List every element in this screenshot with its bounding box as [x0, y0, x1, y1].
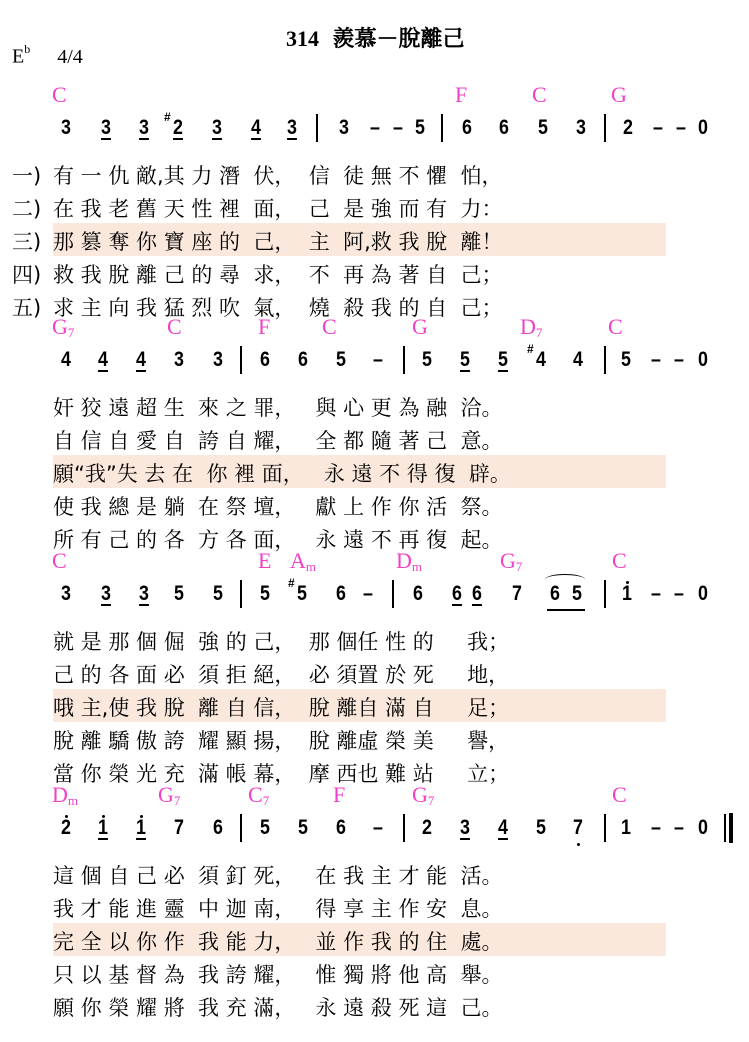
note: 3: [137, 582, 151, 606]
note: 3: [210, 116, 224, 140]
chord-root: G: [52, 314, 68, 339]
note: 4: [249, 116, 263, 140]
chord-symbol: C: [532, 82, 547, 108]
chord-root: C: [52, 548, 67, 573]
note: 5: [496, 348, 510, 372]
chord-root: C: [612, 548, 627, 573]
time-signature: 4/4: [57, 46, 83, 68]
note: 2: [621, 116, 635, 140]
lyric-line: 當 你 榮 光 充 滿 帳 幕， 摩 西也 難 站 立；: [53, 758, 509, 788]
note: 5: [536, 116, 550, 140]
bar-line: [316, 114, 318, 142]
lyric-line: 脫 離 驕 傲 誇 耀 顯 揚， 脫 離虛 榮 美 譽，: [53, 725, 509, 755]
key-signature: Eb 4/4: [12, 44, 83, 69]
chord-root: C: [532, 82, 547, 107]
note: 0: [696, 348, 710, 372]
note: 1: [134, 816, 148, 840]
lyric-line: 完 全 以 你 作 我 能 力， 並 作 我 的 住 處。: [53, 926, 502, 956]
chord-root: F: [455, 82, 467, 107]
sharp-sign: #: [164, 110, 171, 124]
lyric-line: 使 我 總 是 躺 在 祭 壇， 獻 上 作 你 活 祭。: [53, 491, 502, 521]
chord-symbol: G: [611, 82, 627, 108]
chord-root: E: [258, 548, 271, 573]
chord-quality: 7: [536, 325, 543, 340]
chord-symbol: C: [322, 314, 337, 340]
bar-line: [403, 814, 405, 842]
note: 5: [570, 582, 584, 606]
note: 5: [619, 348, 633, 372]
lyric-line: 所 有 己 的 各 方 各 面， 永 遠 不 再 復 起。: [53, 524, 502, 554]
note: 4: [496, 816, 510, 840]
note: 5: [413, 116, 427, 140]
chord-root: A: [290, 548, 306, 573]
note: 6: [258, 348, 272, 372]
note: –: [649, 582, 663, 606]
beam-underline: [547, 609, 585, 611]
note: 1: [620, 582, 634, 606]
key-letter: E: [12, 46, 24, 68]
note: –: [371, 348, 385, 372]
note: 2: [171, 116, 185, 140]
note: 6: [334, 582, 348, 606]
octave-dot-above: [140, 815, 143, 818]
note: 0: [696, 582, 710, 606]
chord-quality: 7: [516, 559, 523, 574]
chord-root: G: [412, 782, 428, 807]
chord-root: C: [612, 782, 627, 807]
verse-number: 四): [12, 259, 41, 289]
chord-symbol: C: [612, 548, 627, 574]
chord-symbol: F: [455, 82, 467, 108]
chord-root: C: [248, 782, 263, 807]
note: 3: [99, 116, 113, 140]
final-bar-thin: [724, 814, 726, 842]
note: 6: [411, 582, 425, 606]
note: 3: [59, 116, 73, 140]
note: –: [361, 582, 375, 606]
bar-line: [441, 114, 443, 142]
chord-root: C: [167, 314, 182, 339]
verse-number: 三): [12, 226, 41, 256]
bar-line: [604, 814, 606, 842]
note: –: [649, 816, 663, 840]
bar-line: [604, 580, 606, 608]
bar-line: [392, 580, 394, 608]
hymn-number: 314: [286, 26, 319, 51]
chord-quality: 7: [263, 793, 270, 808]
lyric-line: 只 以 基 督 為 我 誇 耀， 惟 獨 將 他 高 舉。: [53, 959, 502, 989]
chord-symbol: C: [608, 314, 623, 340]
bar-line: [604, 346, 606, 374]
chord-quality: m: [412, 559, 422, 574]
note: 6: [460, 116, 474, 140]
chord-symbol: G7: [158, 782, 180, 809]
bar-line: [240, 814, 242, 842]
chord-root: F: [333, 782, 345, 807]
chord-root: D: [520, 314, 536, 339]
chord-root: C: [52, 82, 67, 107]
chord-root: F: [258, 314, 270, 339]
chord-root: D: [396, 548, 412, 573]
chord-root: G: [611, 82, 627, 107]
sharp-sign: #: [527, 342, 534, 356]
note: 3: [285, 116, 299, 140]
note: 4: [571, 348, 585, 372]
lyric-line: 奸 狡 遠 超 生 來 之 罪， 與 心 更 為 融 洽。: [53, 392, 502, 422]
note: 0: [696, 116, 710, 140]
note: 6: [296, 348, 310, 372]
hymn-title: 314 羨慕－脫離己: [286, 22, 465, 53]
chord-symbol: C: [52, 82, 67, 108]
chord-symbol: Am: [290, 548, 316, 575]
bar-line: [604, 114, 606, 142]
note: 2: [420, 816, 434, 840]
chord-root: G: [412, 314, 428, 339]
note: 6: [548, 582, 562, 606]
chord-root: C: [322, 314, 337, 339]
chord-quality: m: [306, 559, 316, 574]
chord-symbol: F: [258, 314, 270, 340]
lyric-line: 在 我 老 舊 天 性 裡 面， 己 是 強 而 有 力：: [53, 193, 502, 223]
note: 5: [458, 348, 472, 372]
octave-dot-above: [65, 815, 68, 818]
chord-quality: m: [68, 793, 78, 808]
chord-root: G: [158, 782, 174, 807]
chord-symbol: G7: [500, 548, 522, 575]
lyric-line: 願“我”失 去 在 你 裡 面， 永 遠 不 得 復 辟。: [53, 458, 511, 488]
note: 6: [450, 582, 464, 606]
chord-root: C: [608, 314, 623, 339]
chord-symbol: F: [333, 782, 345, 808]
note: –: [672, 816, 686, 840]
note: 3: [59, 582, 73, 606]
note: 1: [619, 816, 633, 840]
hymn-name: 羨慕－脫離己: [333, 26, 465, 51]
note: 0: [696, 816, 710, 840]
sharp-sign: #: [288, 576, 295, 590]
chord-symbol: G: [412, 314, 428, 340]
lyric-line: 救 我 脫 離 己 的 尋 求， 不 再 為 著 自 己；: [53, 259, 502, 289]
note: 5: [258, 582, 272, 606]
lyric-line: 求 主 向 我 猛 烈 吹 氣， 燒 殺 我 的 自 己；: [53, 292, 502, 322]
octave-dot-above: [626, 581, 629, 584]
note: 6: [470, 582, 484, 606]
note: –: [672, 348, 686, 372]
chord-quality: 7: [174, 793, 181, 808]
note: 7: [172, 816, 186, 840]
lyric-line: 自 信 自 愛 自 誇 自 耀， 全 都 隨 著 己 意。: [53, 425, 502, 455]
chord-symbol: Dm: [396, 548, 422, 575]
note: 3: [137, 116, 151, 140]
note: 6: [334, 816, 348, 840]
verse-number: 一): [12, 160, 41, 190]
lyric-line: 己 的 各 面 必 須 拒 絕， 必 須置 於 死 地，: [53, 659, 509, 689]
bar-line: [240, 580, 242, 608]
note: 4: [59, 348, 73, 372]
chord-symbol: G7: [412, 782, 434, 809]
note: 3: [574, 116, 588, 140]
octave-dot-above: [102, 815, 105, 818]
lyric-line: 這 個 自 己 必 須 釘 死， 在 我 主 才 能 活。: [53, 860, 502, 890]
note: 3: [458, 816, 472, 840]
chord-symbol: E: [258, 548, 271, 574]
chord-symbol: G7: [52, 314, 74, 341]
note: 4: [96, 348, 110, 372]
note: 5: [296, 816, 310, 840]
note: 5: [258, 816, 272, 840]
note: –: [391, 116, 405, 140]
verse-number: 二): [12, 193, 41, 223]
note: 5: [211, 582, 225, 606]
lyric-line: 有 一 仇 敵,其 力 潛 伏， 信 徒 無 不 懼 怕，: [53, 160, 502, 190]
note: 3: [172, 348, 186, 372]
note: 5: [172, 582, 186, 606]
note: 3: [211, 348, 225, 372]
note: 4: [534, 348, 548, 372]
lyric-line: 那 篡 奪 你 寶 座 的 己， 主 阿,救 我 脫 離！: [53, 226, 502, 256]
lyric-line: 就 是 那 個 倔 強 的 己， 那 個任 性 的 我；: [53, 626, 509, 656]
lyric-line: 哦 主,使 我 脫 離 自 信， 脫 離自 滿 自 足；: [53, 692, 509, 722]
flat-sign: b: [24, 42, 30, 56]
final-bar-thick: [729, 813, 733, 843]
chord-symbol: C: [52, 548, 67, 574]
note: –: [371, 816, 385, 840]
note: 5: [420, 348, 434, 372]
note: 2: [59, 816, 73, 840]
note: –: [672, 582, 686, 606]
lyric-line: 我 才 能 進 靈 中 迦 南， 得 享 主 作 安 息。: [53, 893, 502, 923]
bar-line: [240, 346, 242, 374]
chord-root: G: [500, 548, 516, 573]
note: –: [649, 348, 663, 372]
note: 4: [134, 348, 148, 372]
verse-number: 五): [12, 292, 41, 322]
chord-root: D: [52, 782, 68, 807]
note: 5: [534, 816, 548, 840]
bar-line: [403, 346, 405, 374]
chord-symbol: C: [612, 782, 627, 808]
chord-symbol: Dm: [52, 782, 78, 809]
note: 7: [510, 582, 524, 606]
chord-quality: 7: [68, 325, 75, 340]
note: 7: [571, 816, 585, 840]
chord-quality: 7: [428, 793, 435, 808]
note: 6: [211, 816, 225, 840]
note: 5: [295, 582, 309, 606]
note: –: [674, 116, 688, 140]
tie-slur: [545, 574, 585, 585]
note: 3: [99, 582, 113, 606]
octave-dot-below: [577, 843, 580, 846]
note: –: [651, 116, 665, 140]
chord-symbol: D7: [520, 314, 542, 341]
note: 1: [96, 816, 110, 840]
lyric-line: 願 你 榮 耀 將 我 充 滿， 永 遠 殺 死 這 己。: [53, 992, 502, 1022]
note: 3: [337, 116, 351, 140]
note: 5: [334, 348, 348, 372]
chord-symbol: C7: [248, 782, 269, 809]
chord-symbol: C: [167, 314, 182, 340]
note: 6: [497, 116, 511, 140]
note: –: [368, 116, 382, 140]
